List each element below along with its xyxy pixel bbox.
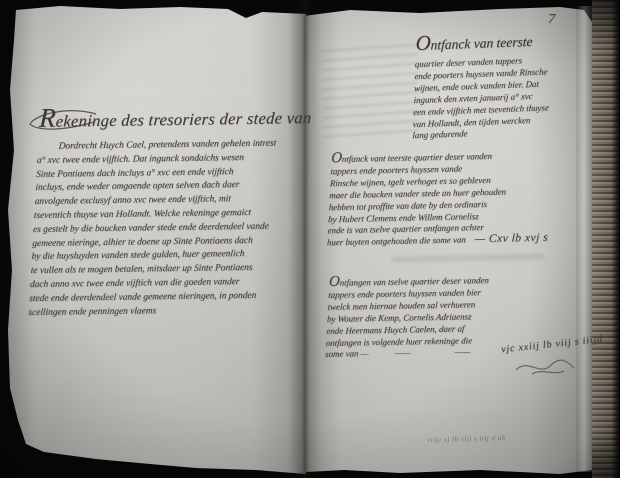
photo-vignette xyxy=(0,0,620,478)
manuscript-photo: 7 Rekeninge des tresoriers der stede van… xyxy=(0,0,620,478)
